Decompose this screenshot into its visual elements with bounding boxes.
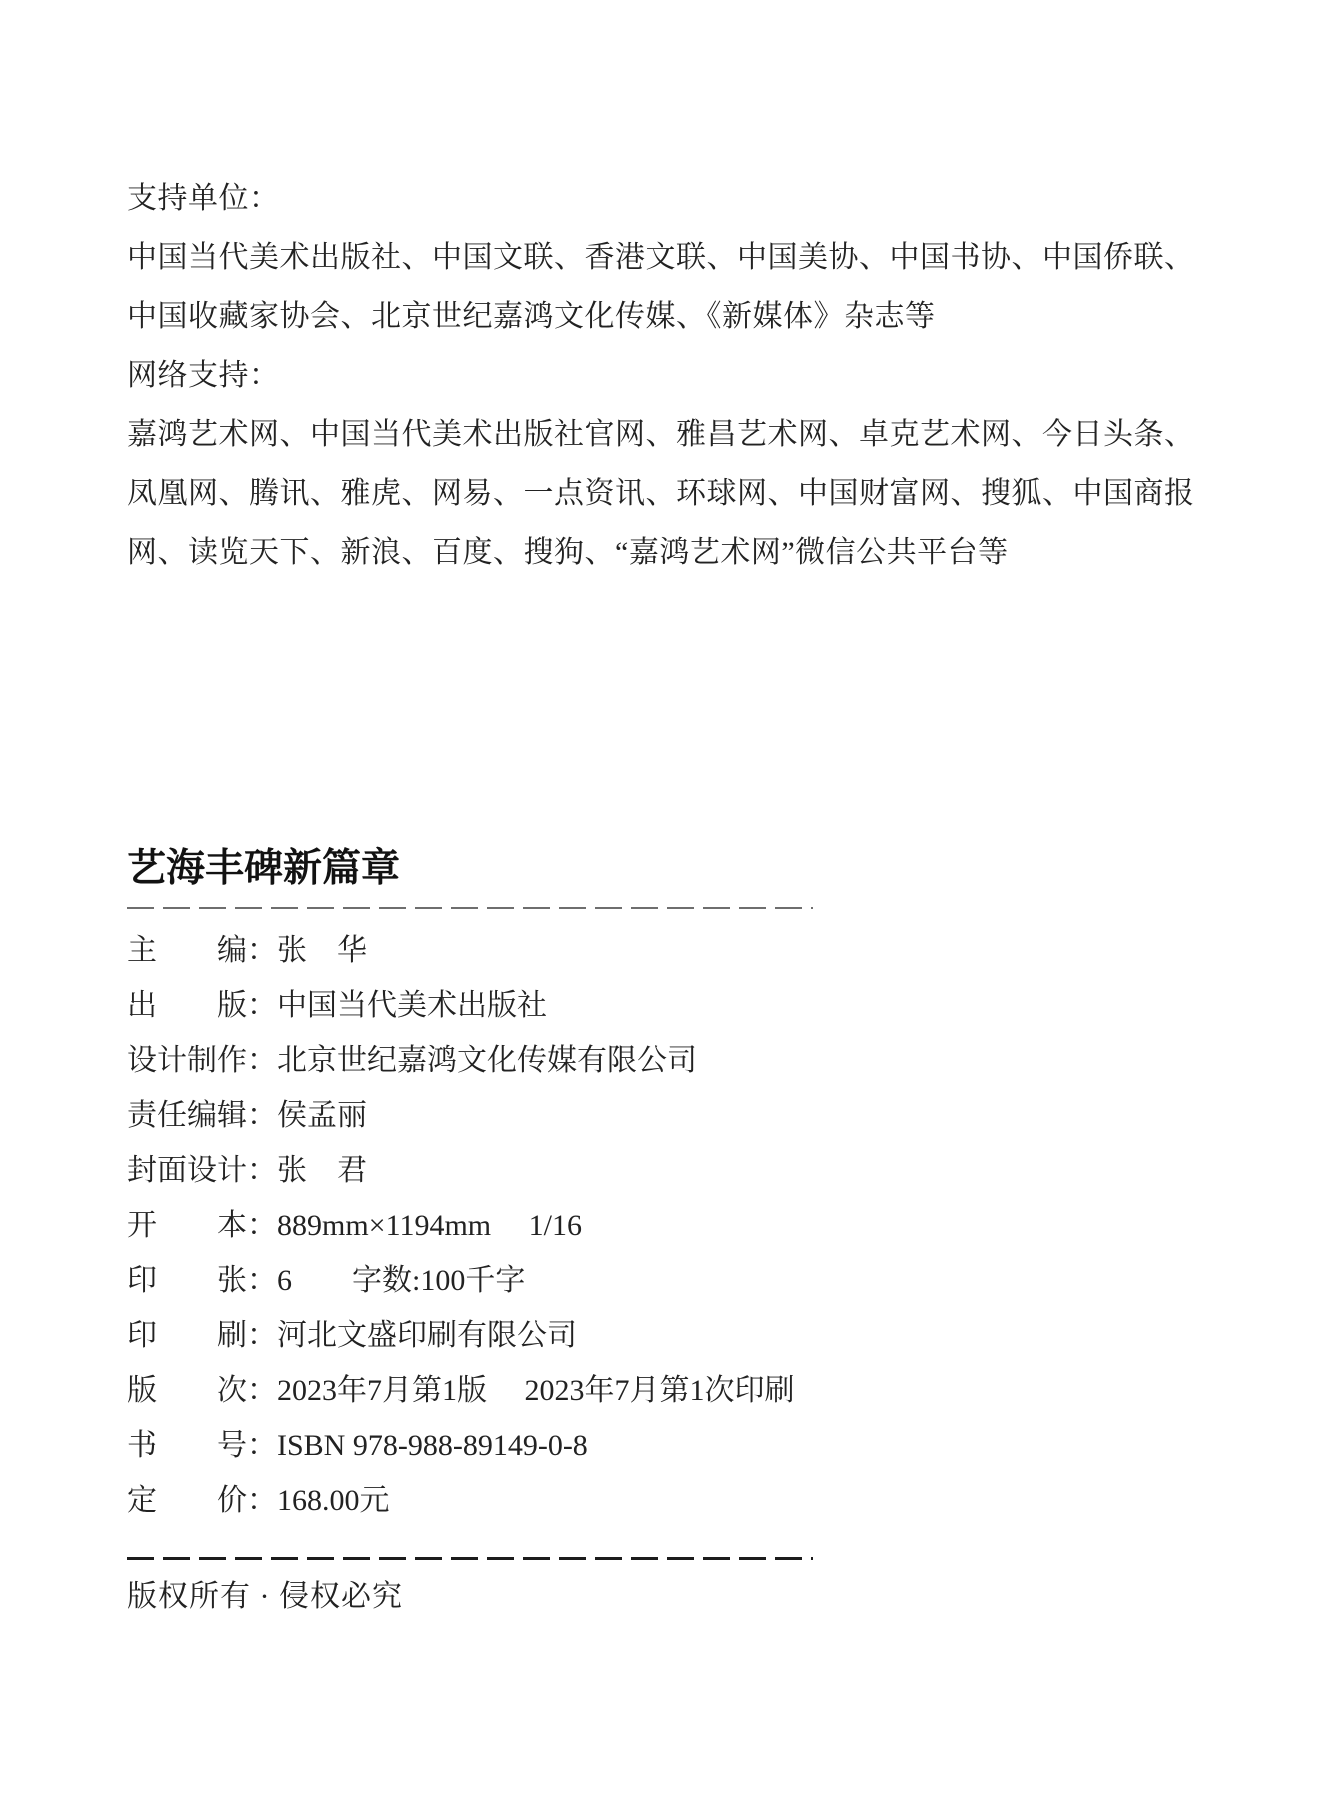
colophon-row: 印 刷：河北文盛印刷有限公司 [127,1308,1227,1363]
supporters-line: 嘉鸿艺术网、中国当代美术出版社官网、雅昌艺术网、卓克艺术网、今日头条、 [127,405,1232,464]
colophon-row-label: 责任编辑： [127,1099,277,1132]
colophon-row-value: 168.00元 [277,1484,390,1517]
colophon-row-label: 版 次： [127,1374,277,1407]
colophon-row-label: 开 本： [127,1209,277,1242]
colophon-row: 封面设计：张 君 [127,1143,1227,1198]
colophon-row-label: 出 版： [127,989,277,1022]
colophon-row-label: 书 号： [127,1429,277,1462]
colophon-page: 支持单位：中国当代美术出版社、中国文联、香港文联、中国美协、中国书协、中国侨联、… [0,0,1327,1800]
colophon-row-value: 河北文盛印刷有限公司 [277,1319,577,1352]
copyright-notice: 版权所有 · 侵权必究 [127,1580,403,1614]
colophon-row-label: 封面设计： [127,1154,277,1187]
colophon-row-value: 889mm×1194mm 1/16 [277,1209,582,1242]
colophon-row-label: 印 张： [127,1264,277,1297]
supporters-block: 支持单位：中国当代美术出版社、中国文联、香港文联、中国美协、中国书协、中国侨联、… [127,169,1232,582]
colophon-row: 定 价：168.00元 [127,1473,1227,1528]
colophon-row-label: 定 价： [127,1484,277,1517]
colophon-row-value: 张 君 [277,1154,367,1187]
colophon-row: 主 编：张 华 [127,923,1227,978]
colophon-row-label: 印 刷： [127,1319,277,1352]
colophon-row: 出 版：中国当代美术出版社 [127,978,1227,1033]
colophon-row-label: 设计制作： [127,1044,277,1077]
colophon-row: 书 号：ISBN 978-988-89149-0-8 [127,1418,1227,1473]
colophon-row-label: 主 编： [127,934,277,967]
colophon-row: 印 张：6 字数:100千字 [127,1253,1227,1308]
supporters-line: 支持单位： [127,169,1232,228]
supporters-line: 中国当代美术出版社、中国文联、香港文联、中国美协、中国书协、中国侨联、 [127,228,1232,287]
colophon-row-value: 张 华 [277,934,367,967]
colophon-row-value: 中国当代美术出版社 [277,989,547,1022]
supporters-line: 网络支持： [127,346,1232,405]
colophon-row-value: 6 字数:100千字 [277,1264,525,1297]
colophon-info-list: 主 编：张 华出 版：中国当代美术出版社设计制作：北京世纪嘉鸿文化传媒有限公司责… [127,923,1227,1528]
colophon-row-value: 北京世纪嘉鸿文化传媒有限公司 [277,1044,697,1077]
colophon-row: 开 本：889mm×1194mm 1/16 [127,1198,1227,1253]
supporters-line: 网、读览天下、新浪、百度、搜狗、“嘉鸿艺术网”微信公共平台等 [127,523,1232,582]
title-divider [127,907,813,909]
colophon-row: 版 次：2023年7月第1版 2023年7月第1次印刷 [127,1363,1227,1418]
bottom-divider [127,1557,813,1560]
colophon-row-value: 2023年7月第1版 2023年7月第1次印刷 [277,1374,795,1407]
colophon-row: 责任编辑：侯孟丽 [127,1088,1227,1143]
colophon-row-value: 侯孟丽 [277,1099,367,1132]
colophon-row: 设计制作：北京世纪嘉鸿文化传媒有限公司 [127,1033,1227,1088]
book-title: 艺海丰碑新篇章 [127,846,400,892]
colophon-row-value: ISBN 978-988-89149-0-8 [277,1429,588,1462]
supporters-line: 凤凰网、腾讯、雅虎、网易、一点资讯、环球网、中国财富网、搜狐、中国商报 [127,464,1232,523]
supporters-line: 中国收藏家协会、北京世纪嘉鸿文化传媒、《新媒体》杂志等 [127,287,1232,346]
